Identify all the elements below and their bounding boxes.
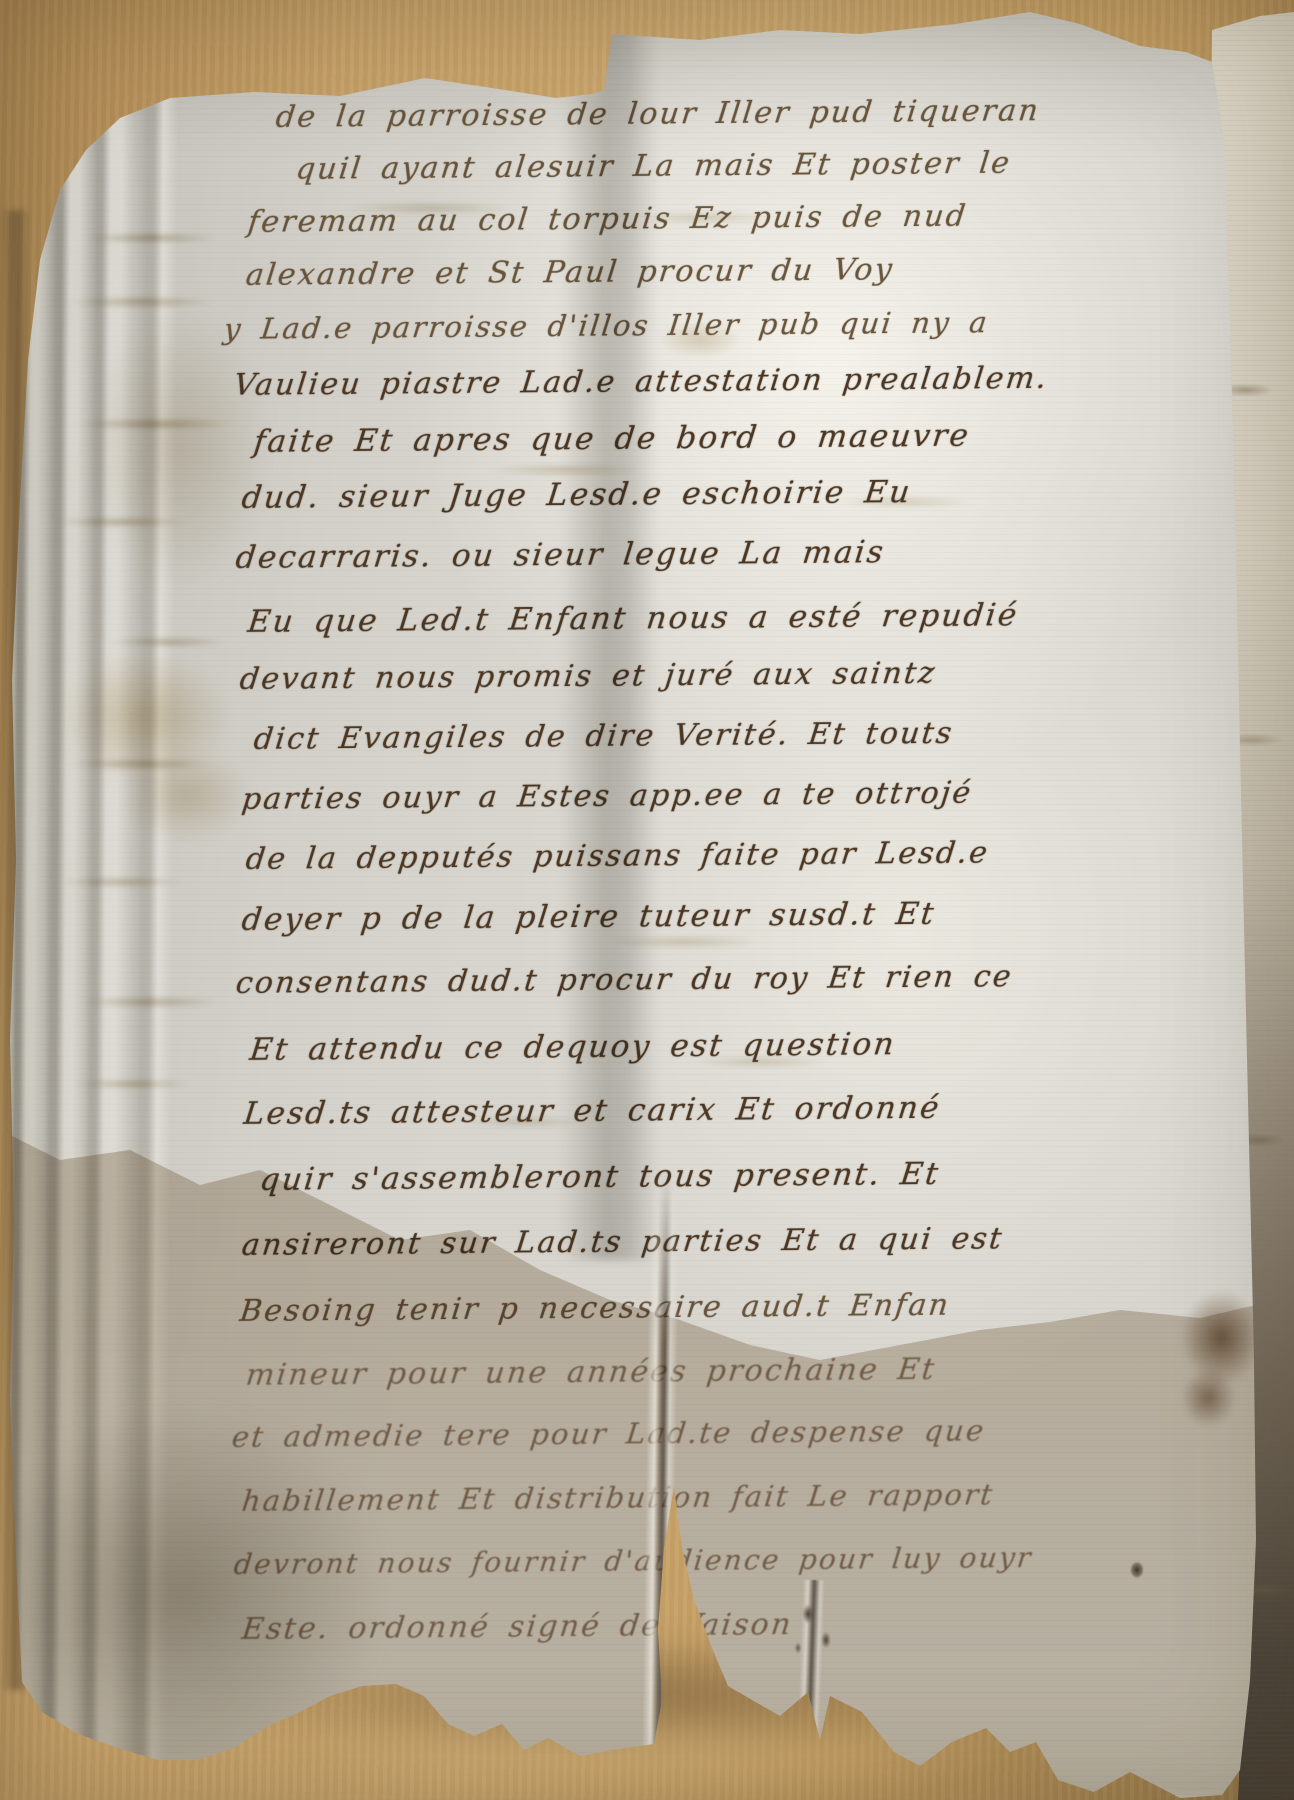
ink-marks-near-tear: [786, 1596, 846, 1666]
wormhole: [1128, 1560, 1146, 1582]
photograph-of-manuscript: de la parroisse de lour Iller pud tiquer…: [0, 0, 1294, 1800]
vertical-fold-crease: [560, 20, 680, 1260]
manuscript-page: de la parroisse de lour Iller pud tiquer…: [0, 0, 1294, 1800]
stain-yellow-left-margin: [30, 600, 290, 860]
